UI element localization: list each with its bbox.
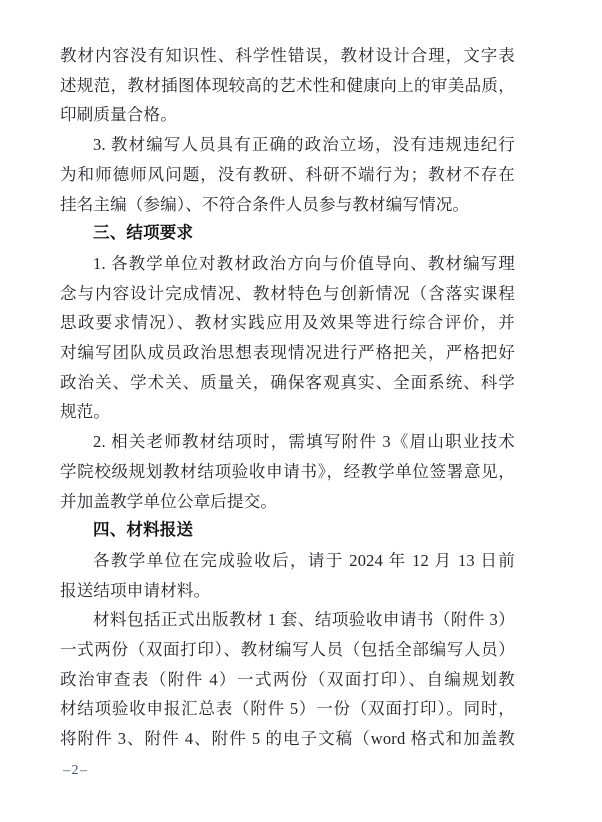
document-line: 材料包括正式出版教材 1 套、结项验收申请书（附件 3）	[60, 605, 515, 635]
document-line: 四、材料报送	[60, 516, 515, 546]
document-line: 印刷质量合格。	[60, 100, 515, 130]
text-paragraph: 教材内容没有知识性、科学性错误，教材设计合理，文字表述规范，教材插图体现较高的艺…	[60, 41, 515, 130]
document-line: 学院校级规划教材结项验收申请书》，经教学单位签署意见，	[60, 457, 515, 487]
document-line: 挂名主编（参编）、不符合条件人员参与教材编写情况。	[60, 190, 515, 220]
section-heading: 三、结项要求	[60, 219, 515, 249]
document-line: 思政要求情况）、教材实践应用及效果等进行综合评价，并	[60, 308, 515, 338]
document-body: 教材内容没有知识性、科学性错误，教材设计合理，文字表述规范，教材插图体现较高的艺…	[60, 41, 515, 754]
document-page: 教材内容没有知识性、科学性错误，教材设计合理，文字表述规范，教材插图体现较高的艺…	[0, 0, 602, 822]
text-paragraph: 2. 相关老师教材结项时，需填写附件 3《眉山职业技术学院校级规划教材结项验收申…	[60, 427, 515, 516]
document-line: 3. 教材编写人员具有正确的政治立场，没有违规违纪行	[60, 130, 515, 160]
text-paragraph: 1. 各教学单位对教材政治方向与价值导向、教材编写理念与内容设计完成情况、教材特…	[60, 249, 515, 427]
document-line: 政治审查表（附件 4）一式两份（双面打印）、自编规划教	[60, 665, 515, 695]
page-number: –2–	[63, 763, 89, 779]
document-line: 报送结项申请材料。	[60, 576, 515, 606]
document-line: 2. 相关老师教材结项时，需填写附件 3《眉山职业技术	[60, 427, 515, 457]
section-heading: 四、材料报送	[60, 516, 515, 546]
document-line: 为和师德师风问题，没有教研、科研不端行为；教材不存在	[60, 160, 515, 190]
document-line: 一式两份（双面打印）、教材编写人员（包括全部编写人员）	[60, 635, 515, 665]
document-line: 规范。	[60, 397, 515, 427]
document-line: 述规范，教材插图体现较高的艺术性和健康向上的审美品质，	[60, 71, 515, 101]
document-line: 1. 各教学单位对教材政治方向与价值导向、教材编写理	[60, 249, 515, 279]
text-paragraph: 各教学单位在完成验收后，请于 2024 年 12 月 13 日前报送结项申请材料…	[60, 546, 515, 605]
document-line: 对编写团队成员政治思想表现情况进行严格把关，严格把好	[60, 338, 515, 368]
document-line: 并加盖教学单位公章后提交。	[60, 487, 515, 517]
document-line: 政治关、学术关、质量关，确保客观真实、全面系统、科学	[60, 368, 515, 398]
document-line: 教材内容没有知识性、科学性错误，教材设计合理，文字表	[60, 41, 515, 71]
text-paragraph: 材料包括正式出版教材 1 套、结项验收申请书（附件 3）一式两份（双面打印）、教…	[60, 605, 515, 754]
document-line: 将附件 3、附件 4、附件 5 的电子文稿（word 格式和加盖教	[60, 724, 515, 754]
text-paragraph: 3. 教材编写人员具有正确的政治立场，没有违规违纪行为和师德师风问题，没有教研、…	[60, 130, 515, 219]
document-line: 各教学单位在完成验收后，请于 2024 年 12 月 13 日前	[60, 546, 515, 576]
document-line: 念与内容设计完成情况、教材特色与创新情况（含落实课程	[60, 279, 515, 309]
document-line: 三、结项要求	[60, 219, 515, 249]
document-line: 材结项验收申报汇总表（附件 5）一份（双面打印）。同时，	[60, 694, 515, 724]
